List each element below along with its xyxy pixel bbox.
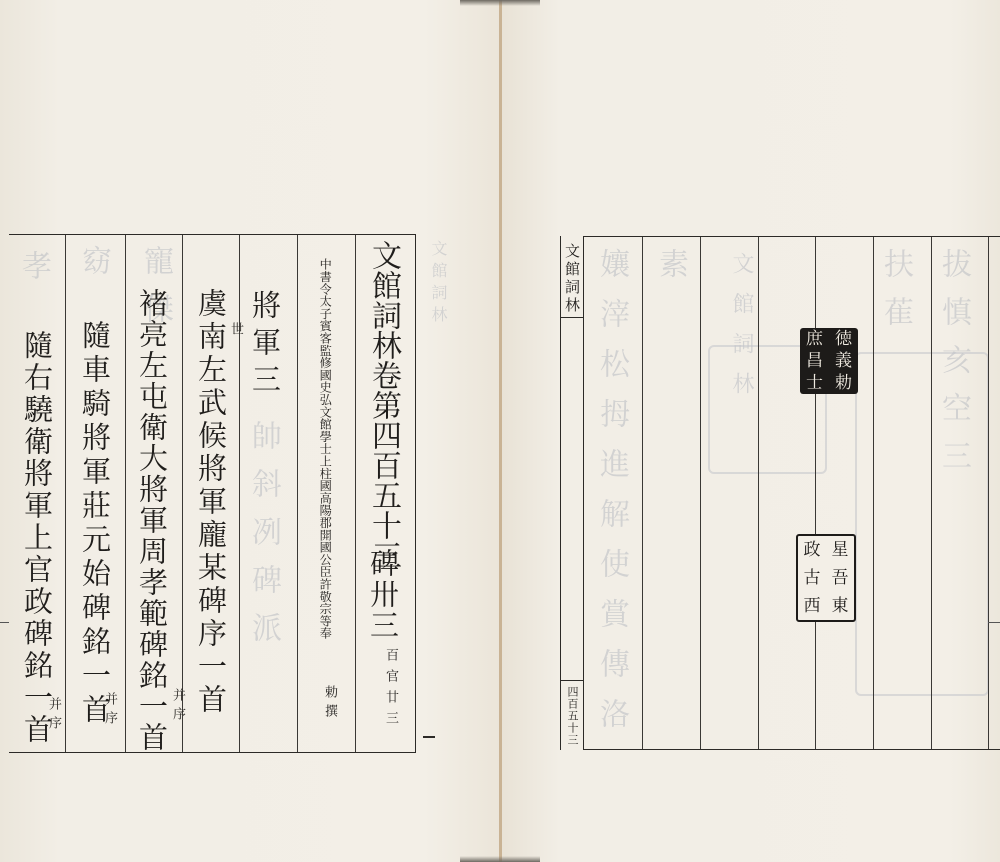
seal-char: 東 (832, 598, 849, 615)
entry-title: 隨右驍衛將軍上官政碑銘一首 (22, 330, 51, 746)
seal-char: 士 (806, 375, 823, 392)
entry-note: 并序 (44, 697, 63, 735)
column-rule (125, 235, 126, 752)
entry-title: 褚亮左屯衛大將軍周孝範碑銘一首 (137, 288, 166, 753)
category-heading: 將軍三 (250, 290, 279, 401)
entry-note: 并序 (168, 688, 187, 726)
column-rule (700, 237, 701, 749)
section-subheading: 百官廿三 (384, 648, 397, 732)
column-rule (642, 237, 643, 749)
seal-char: 古 (804, 570, 821, 587)
spine-shadow-bottom (460, 856, 540, 862)
ghost-text: 文館詞林 (430, 240, 446, 328)
entry-note: 并序 (100, 692, 119, 730)
seal-char: 義 (835, 353, 852, 370)
entry-title: 隨車騎將軍莊元始碑銘一首 (80, 320, 109, 728)
column-rule (65, 235, 66, 752)
book-gutter (499, 0, 502, 862)
interlinear-note: 世 (226, 322, 245, 341)
seal-char: 勅 (835, 375, 852, 392)
spine-shadow-top (460, 0, 540, 6)
seal-char: 庶 (806, 331, 823, 348)
seal-char: 星 (832, 542, 849, 559)
column-rule (931, 237, 932, 749)
collector-seal-dark: 庶 徳 昌 義 士 勅 (800, 328, 858, 394)
seal-char: 吾 (832, 570, 849, 587)
section-heading: 碑卅三 (368, 548, 397, 641)
seal-char: 西 (804, 598, 821, 615)
book-spread: 文館詞林 帥斜冽碑派 寵傑 窈 孝 文館詞林卷第四百五十三 碑卅三 百官廿三 中… (0, 0, 1000, 862)
column-rule (873, 237, 874, 749)
page-number-mark: 一 (423, 736, 435, 738)
margin-tick (988, 622, 1000, 623)
column-rule (182, 235, 183, 752)
seal-char: 政 (804, 542, 821, 559)
right-text-frame (584, 236, 1000, 750)
column-rule (355, 235, 356, 752)
column-rule (815, 237, 816, 749)
banxin-title: 文館詞林 (561, 238, 583, 318)
entry-title: 虞南左武候將軍龐某碑序一首 (196, 288, 225, 717)
seal-char: 昌 (806, 353, 823, 370)
compiler-suffix: 勅撰 (323, 685, 336, 723)
seal-char: 徳 (835, 331, 852, 348)
column-rule (297, 235, 298, 752)
margin-tick (0, 622, 9, 623)
banxin-folio: 四百五十三 (561, 680, 583, 748)
volume-heading: 文館詞林卷第四百五十三 (368, 240, 398, 570)
column-rule (758, 237, 759, 749)
column-rule (239, 235, 240, 752)
collector-seal-outline: 政 星 古 吾 西 東 (796, 534, 856, 622)
column-rule (988, 237, 989, 749)
compiler-line: 中書令太子賓客監修國史弘文館學士上柱國高陽郡開國公臣許敬宗等奉 (319, 258, 331, 639)
